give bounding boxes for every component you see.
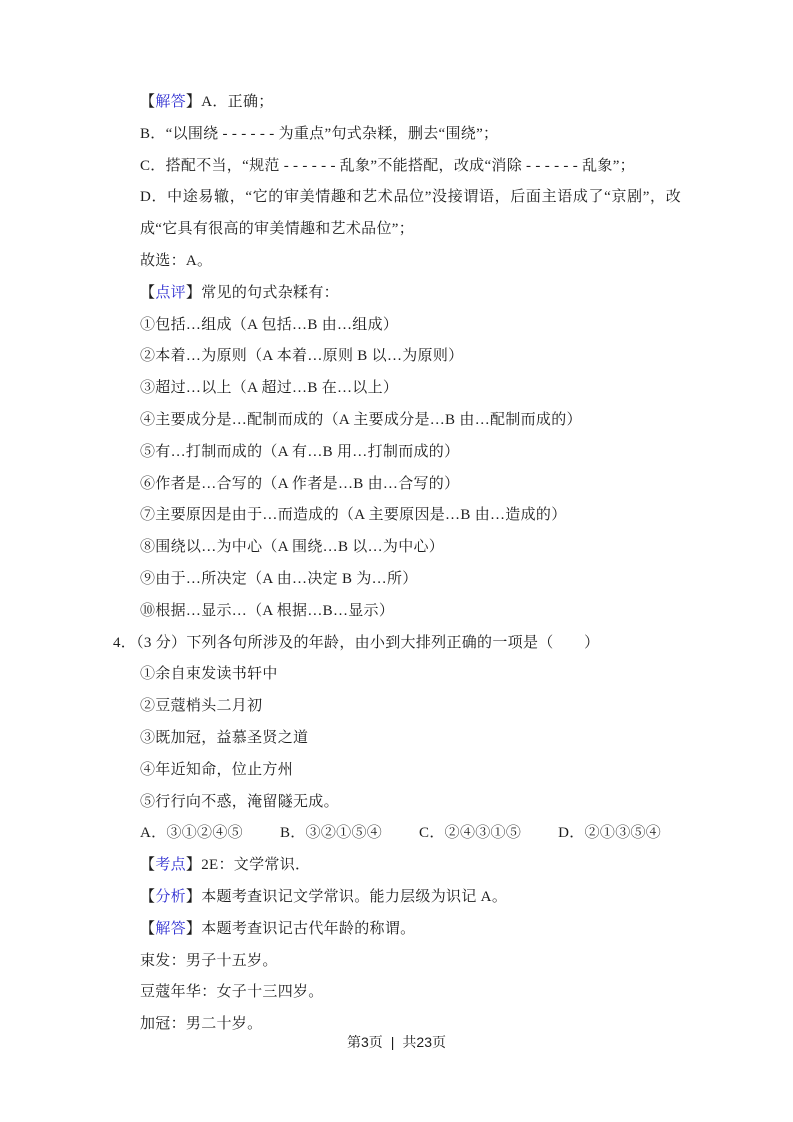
option-item: C．②④③①⑤ xyxy=(419,825,521,841)
paragraph: ⑥作者是…合写的（A 作者是…B 由…合写的） xyxy=(140,469,681,501)
paragraph: ④年近知命，位止方州 xyxy=(140,755,681,787)
paragraph: 束发：男子十五岁。 xyxy=(140,946,681,978)
section-label: 考点 xyxy=(155,857,186,873)
paragraph: ⑤有…打制而成的（A 有…B 用…打制而成的） xyxy=(140,437,681,469)
option-item: D．②①③⑤④ xyxy=(558,825,661,841)
paragraph: ①余自束发读书轩中 xyxy=(140,659,681,691)
document-page: 【解答】A．正确；B．“以围绕 - - - - - - 为重点”句式杂糅，删去“… xyxy=(0,0,793,1122)
paragraph: ①包括…组成（A 包括…B 由…组成） xyxy=(140,310,681,342)
paragraph: ④主要成分是…配制而成的（A 主要成分是…B 由…配制而成的） xyxy=(140,405,681,437)
label-close-bracket: 】 xyxy=(186,857,201,873)
label-close-bracket: 】 xyxy=(186,921,201,937)
question-text: （3 分）下列各句所涉及的年龄，由小到大排列正确的一项是（ ） xyxy=(136,635,599,651)
paragraph: ⑩根据…显示…（A 根据…B…显示） xyxy=(140,596,681,628)
paragraph-text: 本题考查识记古代年龄的称谓。 xyxy=(201,921,415,937)
footer-page-number: 第3页 xyxy=(347,1034,383,1050)
paragraph: ⑤行行向不惑，淹留隧无成。 xyxy=(140,787,681,819)
labeled-paragraph: 【考点】2E：文学常识． xyxy=(140,850,681,882)
paragraph: ②豆蔻梢头二月初 xyxy=(140,691,681,723)
label-open-bracket: 【 xyxy=(140,889,155,905)
option-item: B．③②①⑤④ xyxy=(280,825,382,841)
section-label: 解答 xyxy=(155,921,186,937)
paragraph: 豆蔻年华：女子十三四岁。 xyxy=(140,977,681,1009)
labeled-paragraph: 【解答】本题考查识记古代年龄的称谓。 xyxy=(140,914,681,946)
paragraph-text: 常见的句式杂糅有： xyxy=(201,285,339,301)
footer-separator: | xyxy=(391,1034,395,1050)
labeled-paragraph: 【解答】A．正确； xyxy=(140,87,681,119)
label-open-bracket: 【 xyxy=(140,857,155,873)
section-label: 分析 xyxy=(155,889,186,905)
labeled-paragraph: 【点评】常见的句式杂糅有： xyxy=(140,278,681,310)
paragraph-text: A．正确； xyxy=(201,94,273,110)
paragraph: ②本着…为原则（A 本着…原则 B 以…为原则） xyxy=(140,341,681,373)
paragraph-text: 2E：文学常识． xyxy=(201,857,310,873)
footer-total-pages: 共23页 xyxy=(402,1034,446,1050)
paragraph: ③超过…以上（A 超过…B 在…以上） xyxy=(140,373,681,405)
paragraph: ⑧围绕以…为中心（A 围绕…B 以…为中心） xyxy=(140,532,681,564)
page-footer: 第3页|共23页 xyxy=(0,1032,793,1052)
label-open-bracket: 【 xyxy=(140,94,155,110)
label-close-bracket: 】 xyxy=(186,285,201,301)
label-close-bracket: 】 xyxy=(186,94,201,110)
paragraph: D．中途易辙，“它的审美情趣和艺术品位”没接谓语，后面主语成了“京剧”，改成“它… xyxy=(140,182,681,246)
paragraph: ⑦主要原因是由于…而造成的（A 主要原因是…B 由…造成的） xyxy=(140,500,681,532)
section-label: 点评 xyxy=(155,285,186,301)
question-number: 4． xyxy=(113,635,136,651)
paragraph-text: 本题考查识记文学常识。能力层级为识记 A。 xyxy=(201,889,507,905)
section-label: 解答 xyxy=(155,94,186,110)
paragraph: 故选：A。 xyxy=(140,246,681,278)
paragraph: B．“以围绕 - - - - - - 为重点”句式杂糅，删去“围绕”； xyxy=(140,119,681,151)
paragraph: ⑨由于…所决定（A 由…决定 B 为…所） xyxy=(140,564,681,596)
label-open-bracket: 【 xyxy=(140,921,155,937)
options-row: A．③①②④⑤B．③②①⑤④C．②④③①⑤D．②①③⑤④ xyxy=(140,818,681,850)
paragraph: ③既加冠，益慕圣贤之道 xyxy=(140,723,681,755)
label-close-bracket: 】 xyxy=(186,889,201,905)
label-open-bracket: 【 xyxy=(140,285,155,301)
question-stem: 4．（3 分）下列各句所涉及的年龄，由小到大排列正确的一项是（ ） xyxy=(140,628,681,660)
document-body: 【解答】A．正确；B．“以围绕 - - - - - - 为重点”句式杂糅，删去“… xyxy=(140,87,681,1041)
paragraph: C．搭配不当，“规范 - - - - - - 乱象”不能搭配，改成“消除 - -… xyxy=(140,151,681,183)
option-item: A．③①②④⑤ xyxy=(140,825,243,841)
labeled-paragraph: 【分析】本题考查识记文学常识。能力层级为识记 A。 xyxy=(140,882,681,914)
